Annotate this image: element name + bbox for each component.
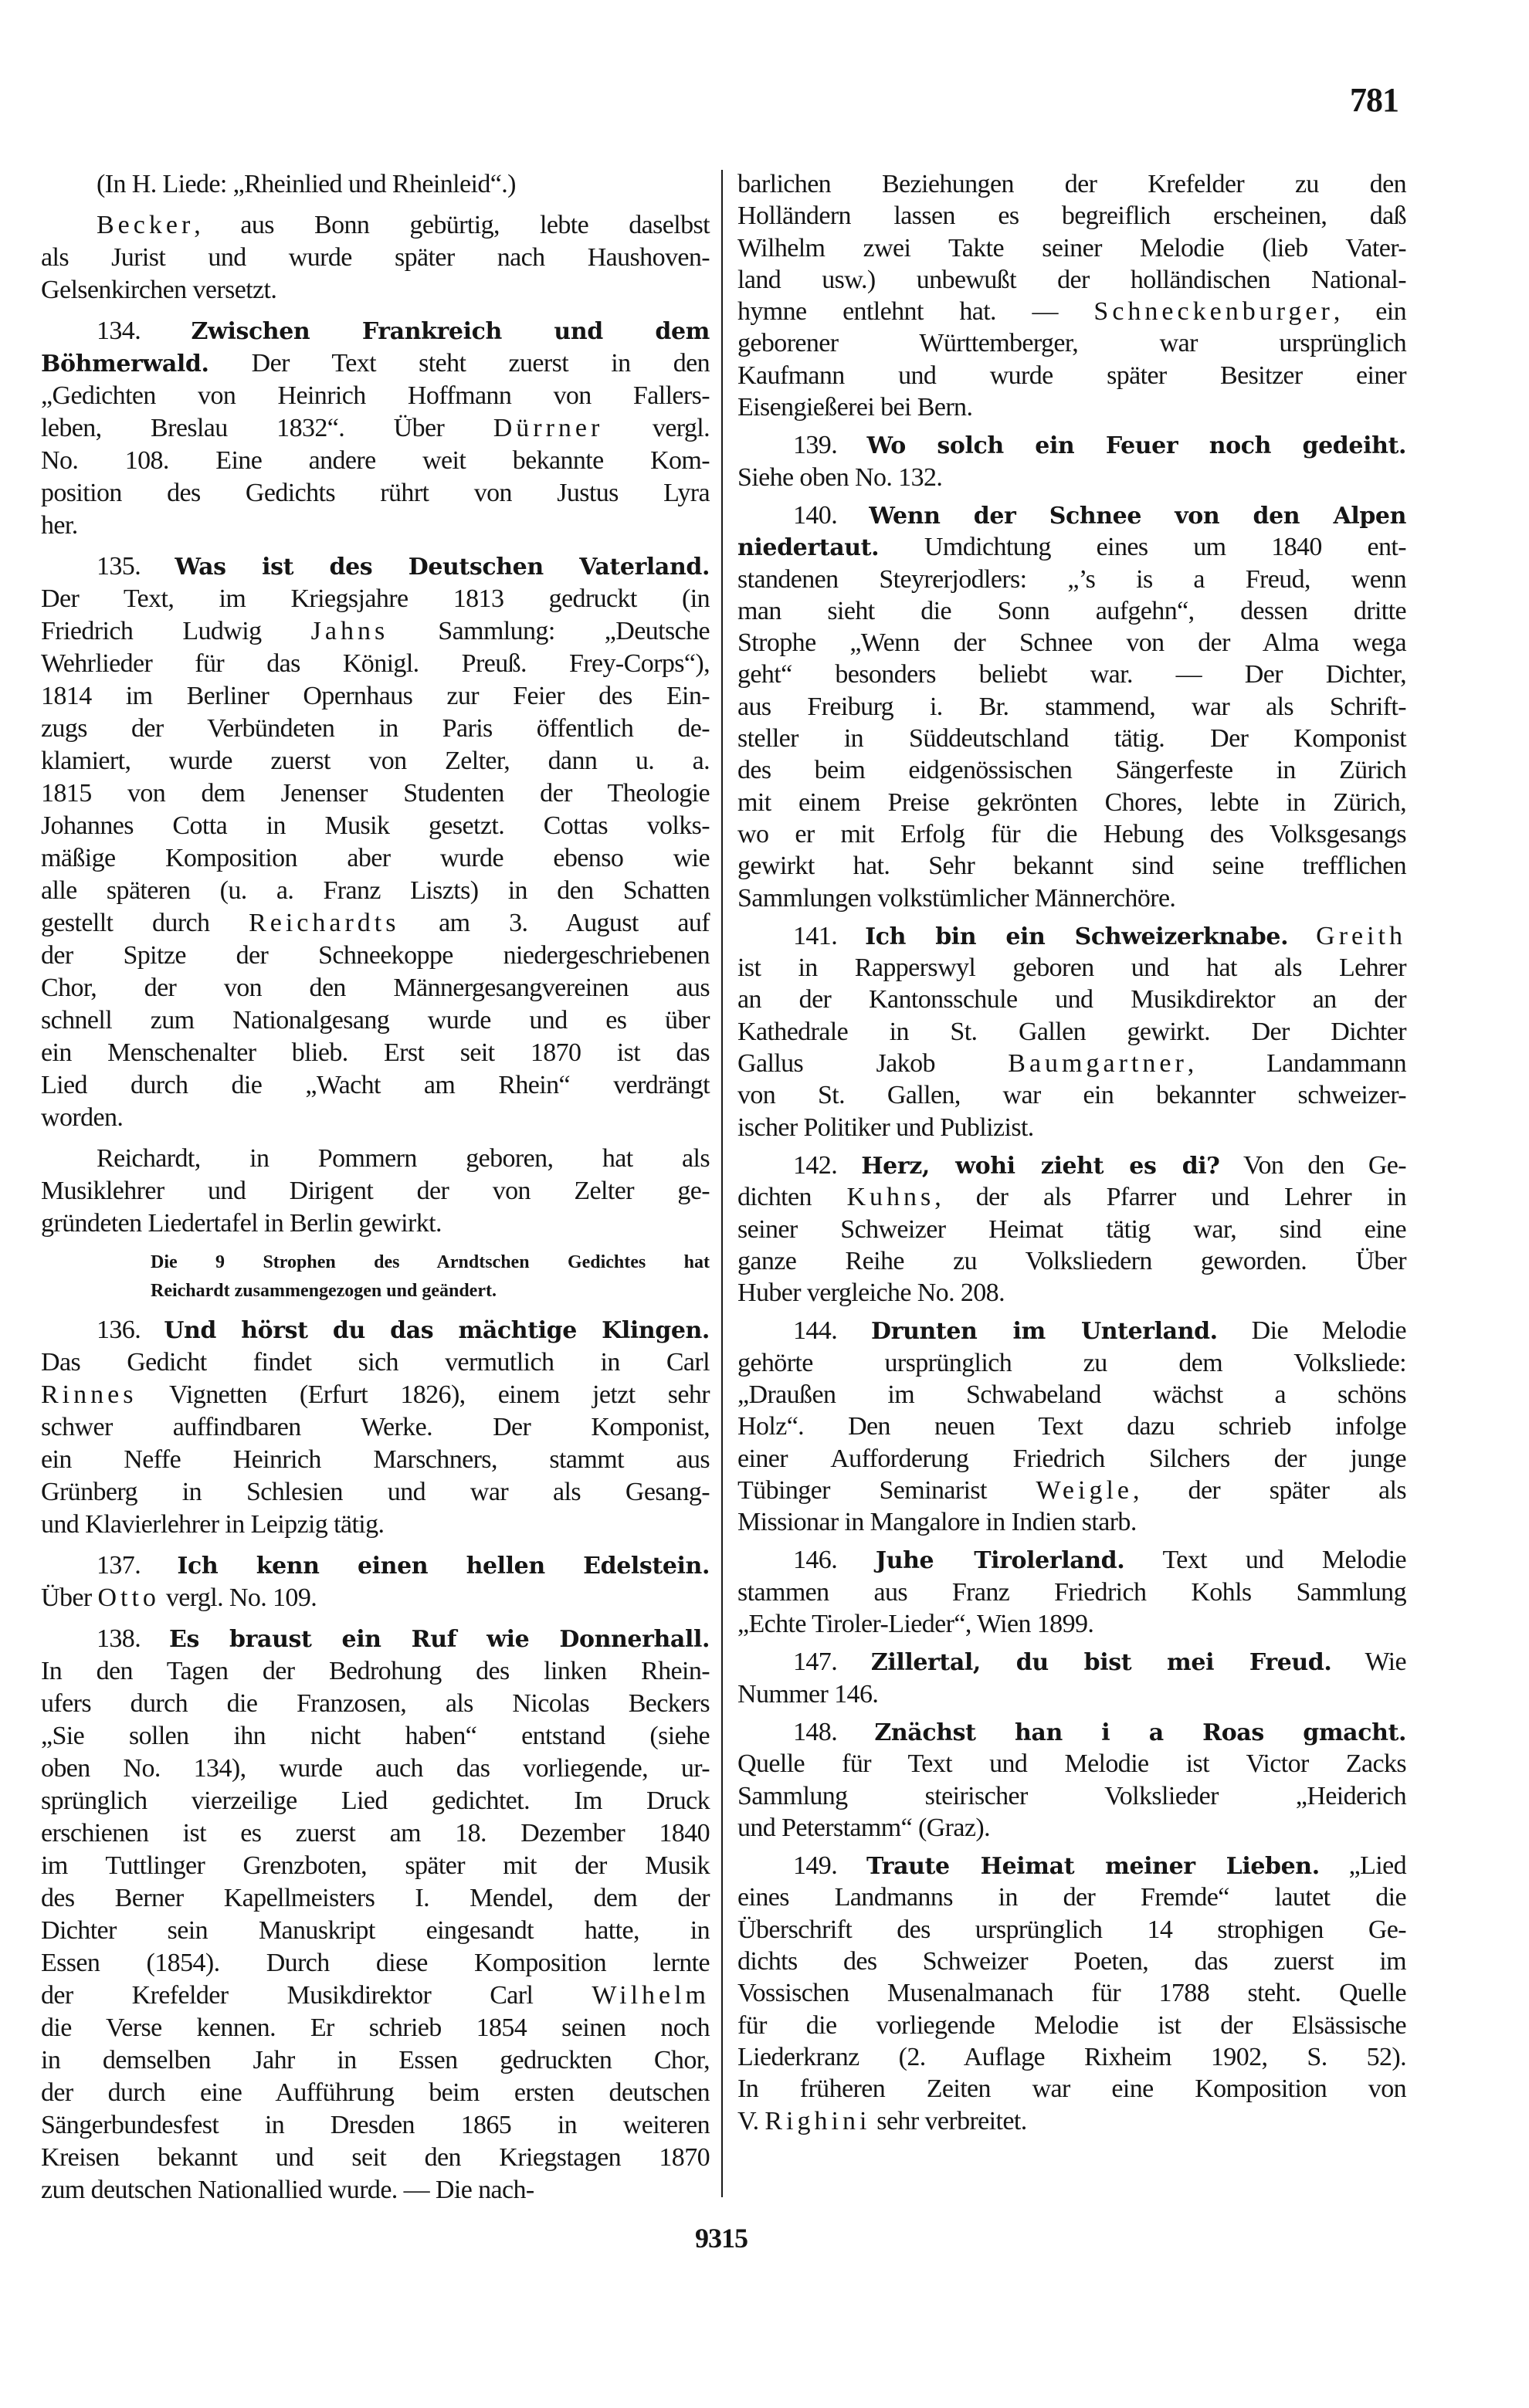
- text-run: „Lied: [1320, 1851, 1406, 1880]
- text-line: in demselben Jahr in Essen gedruckten Ch…: [41, 2044, 710, 2077]
- text-run: Reichardt, in Pommern geboren, hat als: [97, 1144, 710, 1173]
- text-run: eines Landmanns in der Fremde“ lautet di…: [737, 1883, 1406, 1912]
- text-line: Sammlungen volkstümlicher Männerchöre.: [737, 882, 1406, 914]
- text-line: des Berner Kapellmeisters I. Mendel, dem…: [41, 1882, 710, 1915]
- text-line: 141. Ich bin ein Schweizerknabe. Greith: [737, 920, 1406, 952]
- text-run: mäßige Komposition aber wurde ebenso wie: [41, 844, 710, 872]
- text-run: Der Text steht zuerst in den: [209, 349, 710, 378]
- text-run: Sammlung: „Deutsche: [388, 617, 710, 645]
- right-column: barlichen Beziehungen der Krefelder zu d…: [737, 168, 1406, 2137]
- text-run: Strophe „Wenn der Schnee von der Alma we…: [737, 628, 1406, 657]
- text-run: des Berner Kapellmeisters I. Mendel, dem…: [41, 1884, 710, 1912]
- text-run: ist in Rapperswyl geboren und hat als Le…: [737, 953, 1406, 982]
- page-number: 781: [1350, 80, 1398, 120]
- text-run: Dichter sein Manuskript eingesandt hatte…: [41, 1916, 710, 1945]
- entry-title: Wenn der Schnee von den Alpen: [869, 503, 1406, 530]
- text-run: erschienen ist es zuerst am 18. Dezember…: [41, 1819, 710, 1847]
- text-line: 148. Znächst han i a Roas gmacht.: [737, 1716, 1406, 1748]
- text-run: sprünglich vierzeilige Lied gedichtet. I…: [41, 1787, 710, 1815]
- text-line: Friedrich Ludwig Jahns Sammlung: „Deutsc…: [41, 615, 710, 648]
- text-line: niedertaut. Umdichtung eines um 1840 ent…: [737, 531, 1406, 563]
- text-run: man sieht die Sonn aufgehn“, dessen drit…: [737, 597, 1406, 625]
- text-run: „Echte Tiroler-Lieder“, Wien 1899.: [737, 1610, 1093, 1638]
- text-line: Dichter sein Manuskript eingesandt hatte…: [41, 1915, 710, 1947]
- text-run: leben, Breslau 1832“. Über: [41, 414, 493, 442]
- text-line: 1815 von dem Jenenser Studenten der Theo…: [41, 777, 710, 810]
- text-run: Chor, der von den Männergesangvereinen a…: [41, 974, 710, 1002]
- text-run: für die vorliegende Melodie ist der Elsä…: [737, 2011, 1406, 2040]
- text-run: „Draußen im Schwabeland wächst a schöns: [737, 1380, 1406, 1409]
- text-run: Holländern lassen es begreiflich erschei…: [737, 202, 1406, 230]
- text-run: Von den Ge-: [1219, 1151, 1406, 1180]
- text-line: Rinnes Vignetten (Erfurt 1826), einem je…: [41, 1379, 710, 1411]
- text-run: 144.: [793, 1316, 871, 1345]
- paragraph: barlichen Beziehungen der Krefelder zu d…: [737, 168, 1406, 423]
- text-line: Strophe „Wenn der Schnee von der Alma we…: [737, 627, 1406, 659]
- text-run: 1814 im Berliner Opernhaus zur Feier des…: [41, 682, 710, 710]
- text-line: V. Righini sehr verbreitet.: [737, 2105, 1406, 2137]
- text-run: Sammlungen volkstümlicher Männerchöre.: [737, 884, 1175, 913]
- text-line: 1814 im Berliner Opernhaus zur Feier des…: [41, 680, 710, 713]
- text-run: Quelle für Text und Melodie ist Victor Z…: [737, 1749, 1406, 1778]
- text-line: 135. Was ist des Deutschen Vaterland.: [41, 550, 710, 583]
- text-line: 147. Zillertal, du bist mei Freud. Wie: [737, 1646, 1406, 1678]
- text-run: einer Aufforderung Friedrich Silchers de…: [737, 1444, 1406, 1473]
- text-line: ein Menschenalter blieb. Erst seit 1870 …: [41, 1037, 710, 1069]
- spaced-name: Becker: [97, 211, 194, 239]
- spaced-name: Schneckenburger: [1093, 297, 1333, 326]
- text-run: gewirkt hat. Sehr bekannt sind seine tre…: [737, 852, 1406, 880]
- text-run: der durch eine Aufführung beim ersten de…: [41, 2078, 710, 2107]
- text-line: Becker, aus Bonn gebürtig, lebte daselbs…: [41, 209, 710, 242]
- text-line: zum deutschen Nationallied wurde. — Die …: [41, 2174, 710, 2206]
- text-line: Kreisen bekannt und seit den Kriegstagen…: [41, 2142, 710, 2174]
- text-run: hymne entlehnt hat. —: [737, 297, 1093, 326]
- text-run: 140.: [793, 501, 869, 530]
- text-run: her.: [41, 511, 78, 540]
- text-line: Vossischen Musenalmanach für 1788 steht.…: [737, 1977, 1406, 2009]
- text-line: 144. Drunten im Unterland. Die Melodie: [737, 1315, 1406, 1346]
- text-run: No. 108. Eine andere weit bekannte Kom-: [41, 446, 710, 475]
- text-run: dichten: [737, 1183, 846, 1211]
- entry-title: Zillertal, du bist mei Freud.: [871, 1649, 1332, 1676]
- text-line: „Echte Tiroler-Lieder“, Wien 1899.: [737, 1608, 1406, 1640]
- text-line: Musiklehrer und Dirigent der von Zelter …: [41, 1175, 710, 1207]
- entry-title: Juhe Tirolerland.: [876, 1547, 1124, 1574]
- text-run: gehörte ursprünglich zu dem Volksliede:: [737, 1349, 1406, 1377]
- spaced-name: Kuhns: [846, 1183, 934, 1211]
- text-run: alle späteren (u. a. Franz Liszts) in de…: [41, 876, 710, 905]
- text-line: ein Neffe Heinrich Marschners, stammt au…: [41, 1444, 710, 1476]
- text-run: Essen (1854). Durch diese Komposition le…: [41, 1949, 710, 1977]
- text-run: dichts des Schweizer Poeten, das zuerst …: [737, 1947, 1406, 1976]
- text-line: der Spitze der Schneekoppe niedergeschri…: [41, 940, 710, 972]
- text-line: No. 108. Eine andere weit bekannte Kom-: [41, 445, 710, 477]
- text-line: klamiert, wurde zuerst von Zelter, dann …: [41, 745, 710, 777]
- text-run: steller in Süddeutschland tätig. Der Kom…: [737, 724, 1406, 753]
- text-run: geborener Württemberger, war ursprünglic…: [737, 329, 1406, 357]
- spaced-name: Greith: [1316, 922, 1406, 950]
- text-line: In früheren Zeiten war eine Komposition …: [737, 2073, 1406, 2105]
- text-run: klamiert, wurde zuerst von Zelter, dann …: [41, 747, 710, 775]
- text-run: gründeten Liedertafel in Berlin gewirkt.: [41, 1209, 442, 1238]
- song-entry-135: 135. Was ist des Deutschen Vaterland.Der…: [41, 550, 710, 1134]
- text-line: Sängerbundesfest in Dresden 1865 in weit…: [41, 2109, 710, 2142]
- text-run: Die Melodie: [1218, 1316, 1406, 1345]
- entry-title: Es braust ein Ruf wie Donnerhall.: [169, 1626, 710, 1653]
- text-line: Chor, der von den Männergesangvereinen a…: [41, 972, 710, 1004]
- text-run: wo er mit Erfolg für die Hebung des Volk…: [737, 820, 1406, 848]
- entry-title: Ich bin ein Schweizerknabe.: [865, 923, 1288, 950]
- column-divider: [721, 170, 723, 2197]
- text-run: Vignetten (Erfurt 1826), einem jetzt seh…: [137, 1380, 710, 1409]
- text-run: mit einem Preise gekrönten Chores, lebte…: [737, 788, 1406, 817]
- text-line: Essen (1854). Durch diese Komposition le…: [41, 1947, 710, 1980]
- spaced-name: Jahns: [311, 617, 389, 645]
- text-line: position des Gedichts rührt von Justus L…: [41, 477, 710, 510]
- text-line: Quelle für Text und Melodie ist Victor Z…: [737, 1748, 1406, 1780]
- text-run: und Klavierlehrer in Leipzig tätig.: [41, 1510, 384, 1539]
- text-line: ist in Rapperswyl geboren und hat als Le…: [737, 952, 1406, 984]
- text-line: „Sie sollen ihn nicht haben“ entstand (s…: [41, 1720, 710, 1753]
- spaced-name: Wilhelm: [592, 1981, 710, 2010]
- song-entry-141: 141. Ich bin ein Schweizerknabe. Greithi…: [737, 920, 1406, 1143]
- text-run: Die 9 Strophen des Arndtschen Gedichtes …: [151, 1252, 710, 1272]
- text-line: (In H. Liede: „Rheinlied und Rheinleid“.…: [41, 168, 710, 201]
- text-line: leben, Breslau 1832“. Über Dürrner vergl…: [41, 412, 710, 445]
- text-run: In den Tagen der Bedrohung des linken Rh…: [41, 1657, 710, 1685]
- text-line: Gallus Jakob Baumgartner, Landammann: [737, 1048, 1406, 1079]
- text-run: Wehrlieder für das Königl. Preuß. Frey-C…: [41, 649, 710, 678]
- entry-title: Traute Heimat meiner Lieben.: [866, 1853, 1320, 1880]
- text-run: Gelsenkirchen versetzt.: [41, 276, 276, 304]
- text-run: Sammlung steirischer Volkslieder „Heider…: [737, 1782, 1406, 1810]
- text-run: 148.: [793, 1718, 874, 1746]
- text-line: 140. Wenn der Schnee von den Alpen: [737, 500, 1406, 531]
- entry-title: Böhmerwald.: [41, 351, 209, 378]
- text-line: 149. Traute Heimat meiner Lieben. „Lied: [737, 1850, 1406, 1881]
- text-run: zum deutschen Nationallied wurde. — Die …: [41, 2176, 534, 2204]
- text-run: land usw.) unbewußt der holländischen Na…: [737, 266, 1406, 294]
- text-line: wo er mit Erfolg für die Hebung des Volk…: [737, 818, 1406, 850]
- text-run: [1288, 922, 1316, 950]
- text-line: „Gedichten von Heinrich Hoffmann von Fal…: [41, 380, 710, 412]
- text-line: „Draußen im Schwabeland wächst a schöns: [737, 1379, 1406, 1411]
- text-run: Eisengießerei bei Bern.: [737, 393, 972, 422]
- text-line: geborener Württemberger, war ursprünglic…: [737, 327, 1406, 359]
- text-run: Vossischen Musenalmanach für 1788 steht.…: [737, 1979, 1406, 2007]
- text-run: Friedrich Ludwig: [41, 617, 311, 645]
- text-run: In früheren Zeiten war eine Komposition …: [737, 2074, 1406, 2103]
- text-run: Wie: [1331, 1648, 1406, 1676]
- text-line: Sammlung steirischer Volkslieder „Heider…: [737, 1780, 1406, 1812]
- text-line: dichts des Schweizer Poeten, das zuerst …: [737, 1946, 1406, 1977]
- text-run: 141.: [793, 922, 865, 950]
- text-line: Nummer 146.: [737, 1678, 1406, 1710]
- text-run: , der später als: [1133, 1476, 1406, 1505]
- text-run: standenen Steyrerjodlers: „’s is a Freud…: [737, 565, 1406, 594]
- song-entry-149: 149. Traute Heimat meiner Lieben. „Liede…: [737, 1850, 1406, 2137]
- text-run: vergl.: [603, 414, 710, 442]
- text-line: Kaufmann und wurde später Besitzer einer: [737, 360, 1406, 391]
- song-entry-148: 148. Znächst han i a Roas gmacht.Quelle …: [737, 1716, 1406, 1844]
- text-line: und Peterstamm“ (Graz).: [737, 1812, 1406, 1844]
- text-run: stammen aus Franz Friedrich Kohls Sammlu…: [737, 1578, 1406, 1607]
- text-run: Missionar in Mangalore in Indien starb.: [737, 1508, 1137, 1536]
- text-run: , der als Pfarrer und Lehrer in: [934, 1183, 1406, 1211]
- text-run: Huber vergleiche No. 208.: [737, 1279, 1005, 1307]
- spaced-name: Righini: [764, 2107, 870, 2135]
- text-run: 142.: [793, 1151, 861, 1180]
- song-entry-146: 146. Juhe Tirolerland. Text und Melodies…: [737, 1544, 1406, 1640]
- text-line: mit einem Preise gekrönten Chores, lebte…: [737, 787, 1406, 818]
- text-line: Liederkranz (2. Auflage Rixheim 1902, S.…: [737, 2041, 1406, 2073]
- text-line: für die vorliegende Melodie ist der Elsä…: [737, 2010, 1406, 2041]
- text-run: ein Menschenalter blieb. Erst seit 1870 …: [41, 1038, 710, 1067]
- song-entry-147: 147. Zillertal, du bist mei Freud. WieNu…: [737, 1646, 1406, 1710]
- text-run: 139.: [793, 431, 866, 459]
- spaced-name: Otto: [97, 1583, 159, 1612]
- entry-title: Zwischen Frankreich und dem: [192, 318, 710, 345]
- text-run: des beim eidgenössischen Sängerfeste in …: [737, 756, 1406, 784]
- text-line: Der Text, im Kriegsjahre 1813 gedruckt (…: [41, 583, 710, 615]
- text-line: schnell zum Nationalgesang wurde und es …: [41, 1004, 710, 1037]
- text-run: vergl. No. 109.: [160, 1583, 317, 1612]
- text-line: Über Otto vergl. No. 109.: [41, 1582, 710, 1614]
- text-run: schwer auffindbaren Werke. Der Komponist…: [41, 1413, 710, 1441]
- text-run: Holz“. Den neuen Text dazu schrieb infol…: [737, 1412, 1406, 1441]
- entry-title: Und hörst du das mächtige Klingen.: [164, 1317, 710, 1344]
- section-heading: (In H. Liede: „Rheinlied und Rheinleid“.…: [41, 168, 710, 201]
- text-run: ein Neffe Heinrich Marschners, stammt au…: [41, 1445, 710, 1474]
- text-line: ischer Politiker und Publizist.: [737, 1112, 1406, 1143]
- text-line: Lied durch die „Wacht am Rhein“ verdräng…: [41, 1069, 710, 1102]
- text-line: 137. Ich kenn einen hellen Edelstein.: [41, 1549, 710, 1582]
- text-run: , ein: [1334, 297, 1406, 326]
- text-line: Wilhelm zwei Takte seiner Melodie (lieb …: [737, 232, 1406, 264]
- text-line: Das Gedicht findet sich vermutlich in Ca…: [41, 1346, 710, 1379]
- text-line: seiner Schweizer Heimat tätig war, sind …: [737, 1214, 1406, 1245]
- text-line: Tübinger Seminarist Weigle, der später a…: [737, 1475, 1406, 1506]
- text-line: dichten Kuhns, der als Pfarrer und Lehre…: [737, 1181, 1406, 1213]
- text-line: man sieht die Sonn aufgehn“, dessen drit…: [737, 595, 1406, 627]
- spaced-name: Dürrner: [493, 414, 604, 442]
- spaced-name: Weigle: [1036, 1476, 1133, 1505]
- text-run: als Jurist und wurde später nach Haushov…: [41, 243, 710, 272]
- text-line: Holländern lassen es begreiflich erschei…: [737, 200, 1406, 232]
- text-run: Nummer 146.: [737, 1680, 878, 1709]
- text-line: 136. Und hörst du das mächtige Klingen.: [41, 1314, 710, 1346]
- text-line: eines Landmanns in der Fremde“ lautet di…: [737, 1881, 1406, 1913]
- text-run: Siehe oben No. 132.: [737, 463, 942, 492]
- entry-title: Drunten im Unterland.: [871, 1318, 1218, 1345]
- entry-title: Was ist des Deutschen Vaterland.: [175, 554, 710, 581]
- song-entry-136: 136. Und hörst du das mächtige Klingen.D…: [41, 1314, 710, 1541]
- song-entry-142: 142. Herz, wohi zieht es di? Von den Ge-…: [737, 1150, 1406, 1309]
- text-run: zugs der Verbündeten in Paris öffentlich…: [41, 714, 710, 743]
- entry-title: Znächst han i a Roas gmacht.: [874, 1719, 1406, 1746]
- text-line: 146. Juhe Tirolerland. Text und Melodie: [737, 1544, 1406, 1576]
- text-line: Reichardt zusammengezogen und geändert.: [151, 1277, 710, 1306]
- text-run: in demselben Jahr in Essen gedruckten Ch…: [41, 2046, 710, 2074]
- song-entry-140: 140. Wenn der Schnee von den Alpennieder…: [737, 500, 1406, 914]
- text-run: Gallus Jakob: [737, 1049, 1008, 1078]
- text-line: ufers durch die Franzosen, als Nicolas B…: [41, 1688, 710, 1720]
- text-line: im Tuttlinger Grenzboten, später mit der…: [41, 1850, 710, 1882]
- text-run: im Tuttlinger Grenzboten, später mit der…: [41, 1851, 710, 1880]
- text-line: her.: [41, 510, 710, 542]
- text-run: 135.: [97, 552, 175, 581]
- text-run: Kaufmann und wurde später Besitzer einer: [737, 361, 1406, 390]
- text-line: Missionar in Mangalore in Indien starb.: [737, 1506, 1406, 1538]
- text-run: 147.: [793, 1648, 871, 1676]
- text-run: Liederkranz (2. Auflage Rixheim 1902, S.…: [737, 2043, 1406, 2071]
- printer-signature: 9315: [695, 2222, 748, 2254]
- text-line: Böhmerwald. Der Text steht zuerst in den: [41, 347, 710, 380]
- text-line: Siehe oben No. 132.: [737, 462, 1406, 493]
- text-line: hymne entlehnt hat. — Schneckenburger, e…: [737, 296, 1406, 327]
- text-run: 138.: [97, 1624, 169, 1653]
- text-run: worden.: [41, 1103, 123, 1132]
- text-run: und Peterstamm“ (Graz).: [737, 1814, 990, 1842]
- text-line: als Jurist und wurde später nach Haushov…: [41, 242, 710, 274]
- text-run: der Krefelder Musikdirektor Carl: [41, 1981, 592, 2010]
- text-line: gehörte ursprünglich zu dem Volksliede:: [737, 1347, 1406, 1379]
- text-run: V.: [737, 2107, 764, 2135]
- text-line: schwer auffindbaren Werke. Der Komponist…: [41, 1411, 710, 1444]
- text-line: gestellt durch Reichardts am 3. August a…: [41, 907, 710, 940]
- text-line: barlichen Beziehungen der Krefelder zu d…: [737, 168, 1406, 200]
- text-line: Reichardt, in Pommern geboren, hat als: [41, 1143, 710, 1175]
- text-run: Tübinger Seminarist: [737, 1476, 1036, 1505]
- text-line: ganze Reihe zu Volksliedern geworden. Üb…: [737, 1245, 1406, 1277]
- text-line: mäßige Komposition aber wurde ebenso wie: [41, 842, 710, 875]
- text-run: , aus Bonn gebürtig, lebte daselbst: [194, 211, 710, 239]
- text-run: Grünberg in Schlesien und war als Gesang…: [41, 1478, 710, 1506]
- text-run: barlichen Beziehungen der Krefelder zu d…: [737, 170, 1406, 198]
- text-line: Gelsenkirchen versetzt.: [41, 274, 710, 307]
- footnote: Die 9 Strophen des Arndtschen Gedichtes …: [41, 1248, 710, 1306]
- spaced-name: Reichardts: [249, 909, 399, 937]
- text-run: Überschrift des ursprünglich 14 strophig…: [737, 1915, 1406, 1944]
- entry-title: Wo solch ein Feuer noch gedeiht.: [866, 432, 1406, 459]
- text-line: alle späteren (u. a. Franz Liszts) in de…: [41, 875, 710, 907]
- text-line: 134. Zwischen Frankreich und dem: [41, 315, 710, 347]
- text-run: Kathedrale in St. Gallen gewirkt. Der Di…: [737, 1018, 1406, 1046]
- text-run: am 3. August auf: [399, 909, 710, 937]
- text-run: Musiklehrer und Dirigent der von Zelter …: [41, 1177, 710, 1205]
- song-entry-134: 134. Zwischen Frankreich und demBöhmerwa…: [41, 315, 710, 542]
- text-line: gründeten Liedertafel in Berlin gewirkt.: [41, 1207, 710, 1240]
- text-line: standenen Steyrerjodlers: „’s is a Freud…: [737, 564, 1406, 595]
- text-run: ischer Politiker und Publizist.: [737, 1113, 1034, 1142]
- text-run: Das Gedicht findet sich vermutlich in Ca…: [41, 1348, 710, 1377]
- text-run: sehr verbreitet.: [870, 2107, 1026, 2135]
- text-line: erschienen ist es zuerst am 18. Dezember…: [41, 1817, 710, 1850]
- text-run: die Verse kennen. Er schrieb 1854 seinen…: [41, 2013, 710, 2042]
- text-line: einer Aufforderung Friedrich Silchers de…: [737, 1443, 1406, 1475]
- text-run: aus Freiburg i. Br. stammend, war als Sc…: [737, 693, 1406, 721]
- left-column: (In H. Liede: „Rheinlied und Rheinleid“.…: [41, 168, 710, 2206]
- text-line: 139. Wo solch ein Feuer noch gedeiht.: [737, 429, 1406, 461]
- text-line: steller in Süddeutschland tätig. Der Kom…: [737, 723, 1406, 754]
- text-run: oben No. 134), wurde auch das vorliegend…: [41, 1754, 710, 1783]
- text-run: 136.: [97, 1316, 164, 1344]
- text-run: Johannes Cotta in Musik gesetzt. Cottas …: [41, 811, 710, 840]
- entry-title: Ich kenn einen hellen Edelstein.: [177, 1553, 710, 1580]
- text-line: land usw.) unbewußt der holländischen Na…: [737, 264, 1406, 296]
- text-run: an der Kantonsschule und Musikdirektor a…: [737, 985, 1406, 1014]
- text-line: 142. Herz, wohi zieht es di? Von den Ge-: [737, 1150, 1406, 1181]
- text-line: Die 9 Strophen des Arndtschen Gedichtes …: [151, 1248, 710, 1277]
- text-line: des beim eidgenössischen Sängerfeste in …: [737, 754, 1406, 786]
- text-run: 1815 von dem Jenenser Studenten der Theo…: [41, 779, 710, 808]
- text-run: 149.: [793, 1851, 866, 1880]
- song-entry-137: 137. Ich kenn einen hellen Edelstein.Übe…: [41, 1549, 710, 1614]
- text-run: Lied durch die „Wacht am Rhein“ verdräng…: [41, 1071, 710, 1099]
- spaced-name: Baumgartner: [1008, 1049, 1188, 1078]
- text-line: Eisengießerei bei Bern.: [737, 391, 1406, 423]
- text-line: der Krefelder Musikdirektor Carl Wilhelm: [41, 1980, 710, 2012]
- song-entry-144: 144. Drunten im Unterland. Die Melodiege…: [737, 1315, 1406, 1538]
- text-line: der durch eine Aufführung beim ersten de…: [41, 2077, 710, 2109]
- text-run: geht“ besonders beliebt war. — Der Dicht…: [737, 660, 1406, 689]
- text-line: Johannes Cotta in Musik gesetzt. Cottas …: [41, 810, 710, 842]
- text-run: ganze Reihe zu Volksliedern geworden. Üb…: [737, 1247, 1406, 1275]
- text-line: Kathedrale in St. Gallen gewirkt. Der Di…: [737, 1016, 1406, 1048]
- text-line: Holz“. Den neuen Text dazu schrieb infol…: [737, 1411, 1406, 1442]
- text-run: 146.: [793, 1546, 876, 1574]
- text-run: der Spitze der Schneekoppe niedergeschri…: [41, 941, 710, 970]
- text-run: gestellt durch: [41, 909, 249, 937]
- text-line: und Klavierlehrer in Leipzig tätig.: [41, 1509, 710, 1541]
- text-run: „Gedichten von Heinrich Hoffmann von Fal…: [41, 381, 710, 410]
- text-run: von St. Gallen, war ein bekannter schwei…: [737, 1081, 1406, 1109]
- song-entry-138: 138. Es braust ein Ruf wie Donnerhall.In…: [41, 1623, 710, 2206]
- text-line: gewirkt hat. Sehr bekannt sind seine tre…: [737, 850, 1406, 882]
- text-run: 137.: [97, 1551, 177, 1580]
- text-run: seiner Schweizer Heimat tätig war, sind …: [737, 1215, 1406, 1244]
- text-line: 138. Es braust ein Ruf wie Donnerhall.: [41, 1623, 710, 1655]
- text-line: oben No. 134), wurde auch das vorliegend…: [41, 1753, 710, 1785]
- text-line: die Verse kennen. Er schrieb 1854 seinen…: [41, 2012, 710, 2044]
- text-run: (In H. Liede: „Rheinlied und Rheinleid“.…: [97, 170, 516, 198]
- text-run: Text und Melodie: [1124, 1546, 1406, 1574]
- text-line: geht“ besonders beliebt war. — Der Dicht…: [737, 659, 1406, 690]
- text-run: Umdichtung eines um 1840 ent-: [879, 533, 1406, 561]
- text-run: Über: [41, 1583, 97, 1612]
- text-run: ufers durch die Franzosen, als Nicolas B…: [41, 1689, 710, 1718]
- song-entry-139: 139. Wo solch ein Feuer noch gedeiht.Sie…: [737, 429, 1406, 493]
- text-line: Überschrift des ursprünglich 14 strophig…: [737, 1914, 1406, 1946]
- text-run: Sängerbundesfest in Dresden 1865 in weit…: [41, 2111, 710, 2139]
- text-line: Wehrlieder für das Königl. Preuß. Frey-C…: [41, 648, 710, 680]
- paragraph: Reichardt, in Pommern geboren, hat alsMu…: [41, 1143, 710, 1240]
- text-line: stammen aus Franz Friedrich Kohls Sammlu…: [737, 1577, 1406, 1608]
- text-line: zugs der Verbündeten in Paris öffentlich…: [41, 713, 710, 745]
- text-line: worden.: [41, 1102, 710, 1134]
- text-run: Kreisen bekannt und seit den Kriegstagen…: [41, 2143, 710, 2172]
- text-line: an der Kantonsschule und Musikdirektor a…: [737, 984, 1406, 1015]
- spaced-name: Rinnes: [41, 1380, 137, 1409]
- text-run: Reichardt zusammengezogen und geändert.: [151, 1281, 497, 1301]
- text-run: position des Gedichts rührt von Justus L…: [41, 479, 710, 507]
- text-run: Der Text, im Kriegsjahre 1813 gedruckt (…: [41, 584, 710, 613]
- text-run: schnell zum Nationalgesang wurde und es …: [41, 1006, 710, 1035]
- paragraph: Becker, aus Bonn gebürtig, lebte daselbs…: [41, 209, 710, 307]
- text-line: sprünglich vierzeilige Lied gedichtet. I…: [41, 1785, 710, 1817]
- text-line: von St. Gallen, war ein bekannter schwei…: [737, 1079, 1406, 1111]
